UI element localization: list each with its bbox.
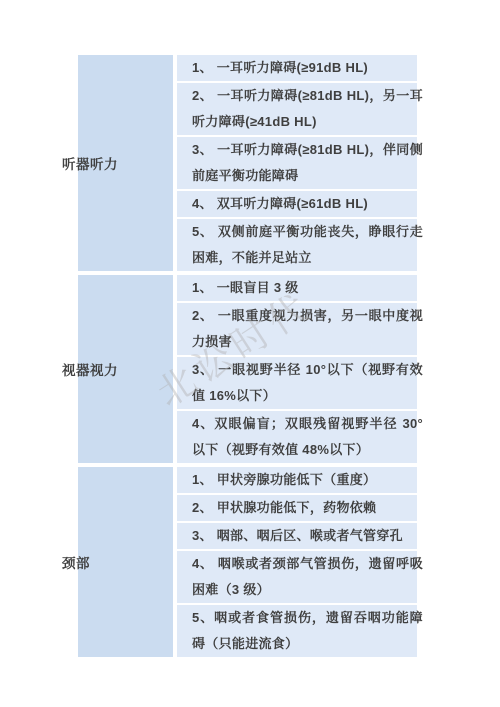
category-cell: 听器听力 [78, 55, 173, 271]
criteria-row: 4、 双耳听力障碍(≥61dB HL) [177, 191, 417, 217]
document-page: 北讼时代 听器听力1、 一耳听力障碍(≥91dB HL)2、 一耳听力障碍(≥8… [0, 0, 500, 707]
category-cell: 颈部 [78, 467, 173, 657]
criteria-text: 4、 咽喉或者颈部气管损伤，遗留呼吸困难（3 级） [177, 551, 423, 603]
criteria-text: 2、 一眼重度视力损害，另一眼中度视力损害 [177, 303, 423, 355]
category-label: 颈部 [62, 552, 90, 572]
table-section: 颈部1、 甲状旁腺功能低下（重度）2、 甲状腺功能低下，药物依赖3、 咽部、咽后… [78, 467, 418, 657]
criteria-text: 4、 双耳听力障碍(≥61dB HL) [177, 191, 423, 217]
criteria-rows: 1、 甲状旁腺功能低下（重度）2、 甲状腺功能低下，药物依赖3、 咽部、咽后区、… [177, 467, 417, 657]
criteria-text: 2、 甲状腺功能低下，药物依赖 [177, 495, 423, 521]
criteria-rows: 1、 一眼盲目 3 级2、 一眼重度视力损害，另一眼中度视力损害3、 一眼视野半… [177, 275, 417, 463]
criteria-row: 1、 一耳听力障碍(≥91dB HL) [177, 55, 417, 81]
criteria-row: 2、 甲状腺功能低下，药物依赖 [177, 495, 417, 521]
criteria-row: 2、 一耳听力障碍(≥81dB HL)，另一耳听力障碍(≥41dB HL) [177, 83, 417, 135]
criteria-text: 5、咽或者食管损伤，遗留吞咽功能障碍（只能进流食） [177, 605, 423, 657]
criteria-rows: 1、 一耳听力障碍(≥91dB HL)2、 一耳听力障碍(≥81dB HL)，另… [177, 55, 417, 271]
table-section: 听器听力1、 一耳听力障碍(≥91dB HL)2、 一耳听力障碍(≥81dB H… [78, 55, 418, 271]
criteria-row: 2、 一眼重度视力损害，另一眼中度视力损害 [177, 303, 417, 355]
category-label: 视器视力 [62, 359, 118, 379]
criteria-text: 2、 一耳听力障碍(≥81dB HL)，另一耳听力障碍(≥41dB HL) [177, 83, 423, 135]
criteria-text: 3、 一眼视野半径 10°以下（视野有效值 16%以下） [177, 357, 423, 409]
criteria-row: 1、 一眼盲目 3 级 [177, 275, 417, 301]
criteria-text: 4、双眼偏盲；双眼残留视野半径 30°以下（视野有效值 48%以下） [177, 411, 423, 463]
criteria-text: 5、 双侧前庭平衡功能丧失，睁眼行走困难，不能并足站立 [177, 219, 423, 271]
category-label: 听器听力 [62, 153, 118, 173]
criteria-row: 1、 甲状旁腺功能低下（重度） [177, 467, 417, 493]
criteria-text: 1、 一眼盲目 3 级 [177, 275, 423, 301]
disability-criteria-table: 听器听力1、 一耳听力障碍(≥91dB HL)2、 一耳听力障碍(≥81dB H… [78, 55, 418, 661]
criteria-text: 1、 一耳听力障碍(≥91dB HL) [177, 55, 423, 81]
criteria-row: 3、 一耳听力障碍(≥81dB HL)，伴同侧前庭平衡功能障碍 [177, 137, 417, 189]
criteria-text: 1、 甲状旁腺功能低下（重度） [177, 467, 423, 493]
criteria-row: 3、 咽部、咽后区、喉或者气管穿孔 [177, 523, 417, 549]
criteria-row: 4、 咽喉或者颈部气管损伤，遗留呼吸困难（3 级） [177, 551, 417, 603]
criteria-text: 3、 一耳听力障碍(≥81dB HL)，伴同侧前庭平衡功能障碍 [177, 137, 423, 189]
category-cell: 视器视力 [78, 275, 173, 463]
criteria-row: 4、双眼偏盲；双眼残留视野半径 30°以下（视野有效值 48%以下） [177, 411, 417, 463]
criteria-row: 5、咽或者食管损伤，遗留吞咽功能障碍（只能进流食） [177, 605, 417, 657]
criteria-row: 3、 一眼视野半径 10°以下（视野有效值 16%以下） [177, 357, 417, 409]
criteria-text: 3、 咽部、咽后区、喉或者气管穿孔 [177, 523, 423, 549]
table-section: 视器视力1、 一眼盲目 3 级2、 一眼重度视力损害，另一眼中度视力损害3、 一… [78, 275, 418, 463]
criteria-row: 5、 双侧前庭平衡功能丧失，睁眼行走困难，不能并足站立 [177, 219, 417, 271]
